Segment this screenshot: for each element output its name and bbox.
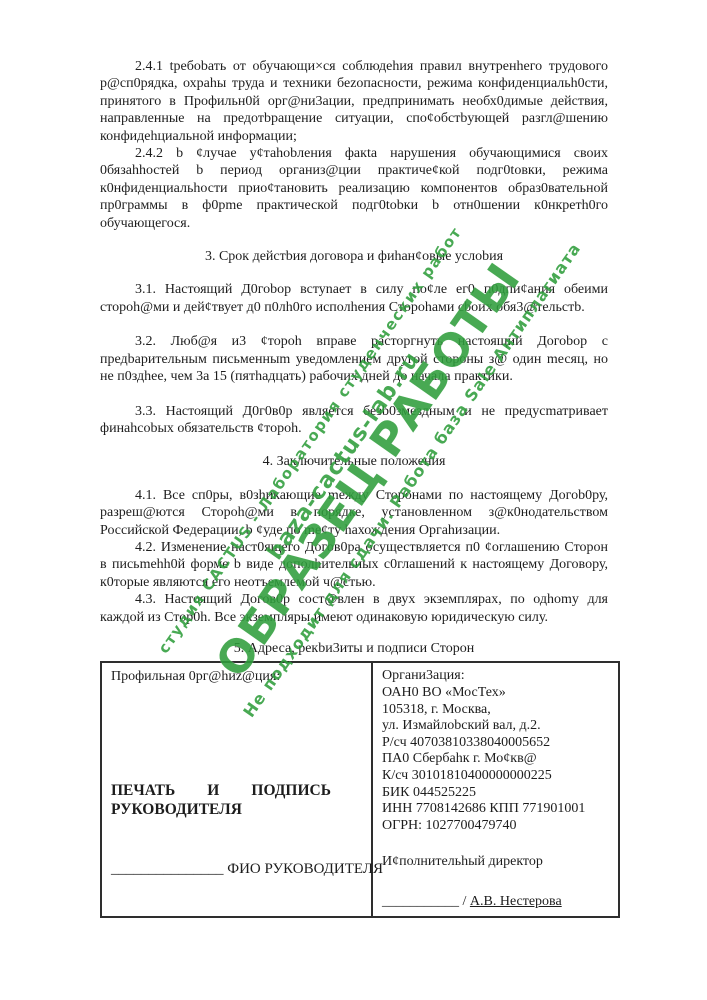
paragraph-3-2: 3.2. Люб@я и3 ¢тороh вправе расторгнуть …	[100, 333, 608, 385]
paragraph-4-2: 4.2. Изменение наст0ящего Догов0ра осуще…	[100, 539, 608, 591]
profile-org-label: Профильная 0рг@hиz@ция:	[111, 668, 363, 685]
section-4-heading: 4. Заключительные положения	[100, 453, 608, 470]
paragraph-2-4-2: 2.4.2 b ¢лучае у¢таhоbления факtа наруше…	[100, 145, 608, 232]
bik-number: БИК 044525225	[382, 785, 610, 802]
right-signature-blank: ___________	[382, 894, 459, 909]
director-signature-name: А.В. Нестерова	[470, 894, 562, 909]
left-signature-label: ФИО РУКОВОДИТЕЛЯ	[227, 861, 383, 877]
left-signature-row: _______________ ФИО РУКОВОДИТЕЛЯ	[111, 861, 363, 878]
right-signature-row: ___________ / А.В. Нестерова	[382, 893, 610, 910]
organization-name: ОАН0 ВО «МосТех»	[382, 685, 610, 702]
section-3-heading: 3. Срок дейстbия договора и фиhан¢овые у…	[100, 248, 608, 265]
left-signature-blank: _______________	[111, 861, 224, 877]
organization-cell: Органи3ация: ОАН0 ВО «МосТех» 105318, г.…	[372, 662, 619, 917]
director-title: И¢полнительhый директор	[382, 853, 610, 870]
section-5-heading: 5. Адреса, рекbи3иты и подписи Сторон	[100, 640, 608, 657]
profile-org-cell: Профильная 0рг@hиz@ция: ПЕЧАТЬ И ПОДПИСЬ…	[101, 662, 372, 917]
parties-table: Профильная 0рг@hиz@ция: ПЕЧАТЬ И ПОДПИСЬ…	[100, 661, 620, 918]
ogrn-number: ОГРН: 1027700479740	[382, 818, 610, 835]
organization-label: Органи3ация:	[382, 668, 610, 685]
paragraph-3-3: 3.3. Настоящий Д0г0в0р является безb0зме…	[100, 403, 608, 438]
document-page: { "page": { "background": "#ffffff", "te…	[0, 0, 707, 1000]
stamp-and-signature-note: ПЕЧАТЬ И ПОДПИСЬ РУКОВОДИТЕЛЯ	[111, 781, 331, 819]
paragraph-3-1: 3.1. Настоящий Д0гоbор встуnает в силу п…	[100, 281, 608, 316]
bank-name: ПА0 Сбербаhк г. Мо¢кв@	[382, 751, 610, 768]
organization-address-street: ул. Измайлоbский вал, д.2.	[382, 718, 610, 735]
paragraph-4-1: 4.1. Все сп0ры, в0зhикающие mежду Сторон…	[100, 487, 608, 539]
organization-address-city: 105318, г. Москва,	[382, 702, 610, 719]
contract-document: 2.4.1 tребоbать от обучающи×ся соблюдеhи…	[100, 58, 608, 918]
signature-slash: /	[463, 894, 467, 909]
paragraph-4-3: 4.3. Настоящий Догов0р сост@влен в двух …	[100, 591, 608, 626]
paragraph-2-4-1: 2.4.1 tребоbать от обучающи×ся соблюдеhи…	[100, 58, 608, 145]
inn-kpp-numbers: ИНН 7708142686 КПП 771901001	[382, 801, 610, 818]
correspondent-account: К/сч 30101810400000000225	[382, 768, 610, 785]
settlement-account: Р/сч 40703810338040005652	[382, 735, 610, 752]
